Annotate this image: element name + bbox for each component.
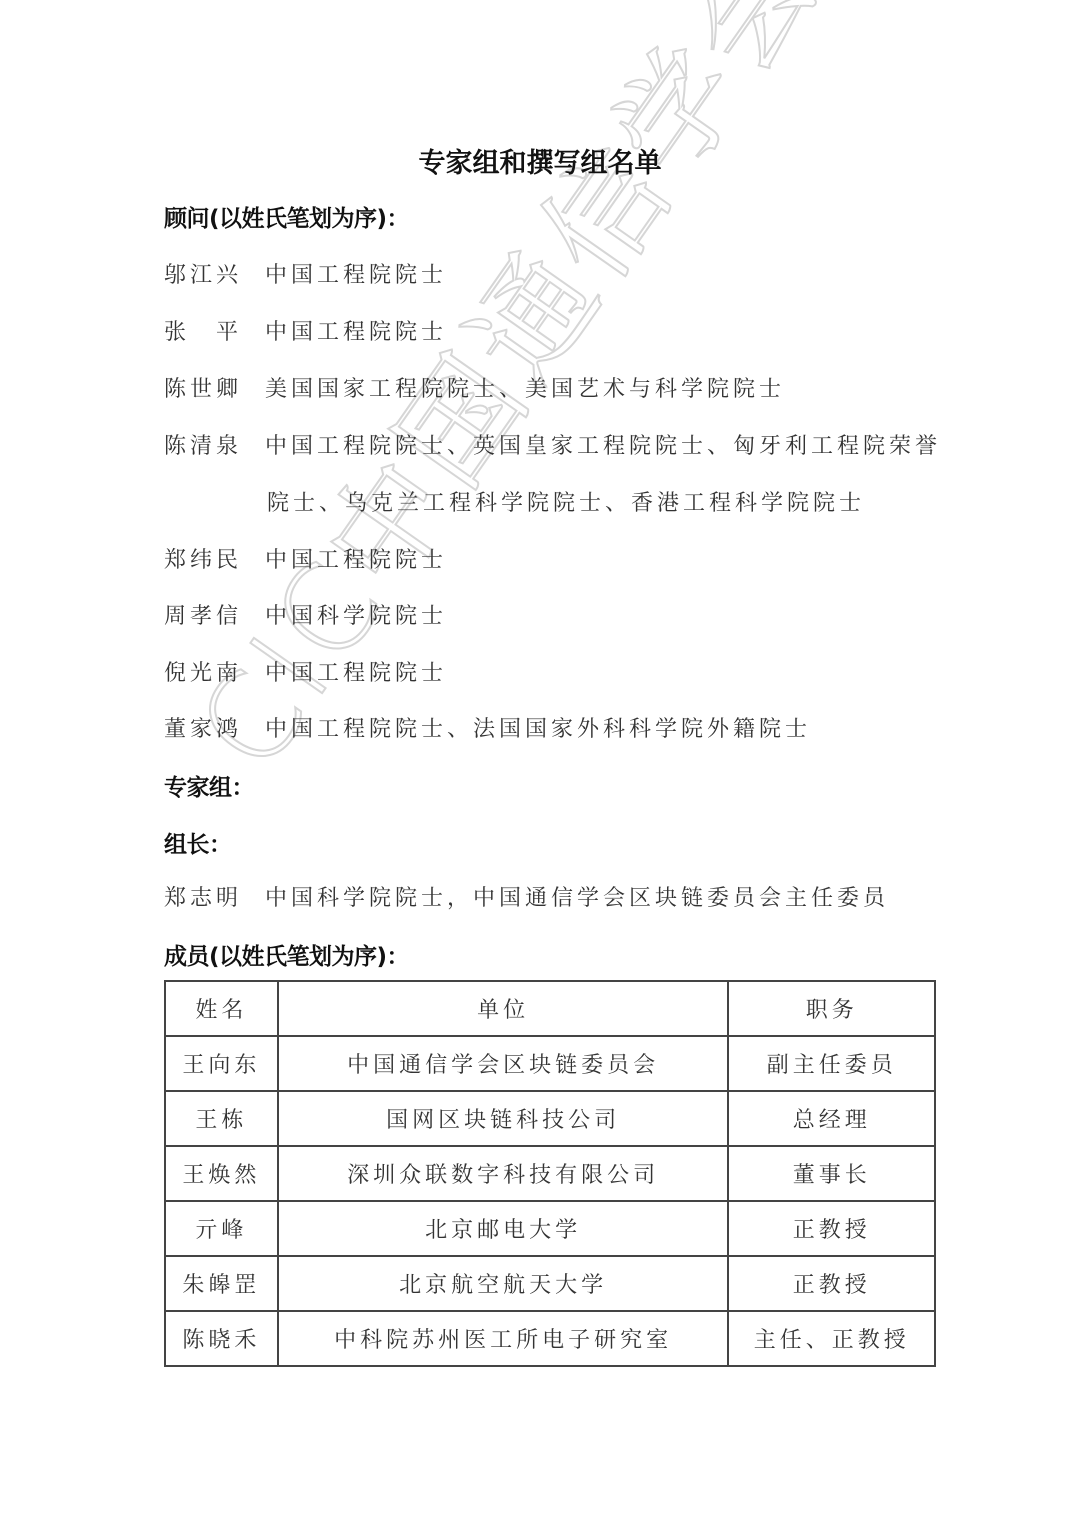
cell-name: 王向东	[165, 1036, 278, 1091]
cell-position: 副主任委员	[728, 1036, 935, 1091]
header-position: 职务	[728, 981, 935, 1036]
cell-position: 董事长	[728, 1146, 935, 1201]
advisor-name: 董家鸿	[164, 712, 254, 743]
cell-unit: 中科院苏州医工所电子研究室	[278, 1311, 729, 1366]
members-heading: 成员(以姓氏笔划为序)：	[164, 938, 409, 971]
advisors-heading: 顾问(以姓氏笔划为序)：	[164, 200, 409, 233]
header-name: 姓名	[165, 981, 278, 1036]
advisor-desc: 中国工程院院士	[265, 263, 447, 288]
cell-unit: 深圳众联数字科技有限公司	[278, 1146, 729, 1201]
cell-name: 王焕然	[165, 1146, 278, 1201]
members-table: 姓名 单位 职务 王向东 中国通信学会区块链委员会 副主任委员 王栋 国网区块链…	[164, 980, 936, 1367]
advisor-desc: 中国科学院院士	[265, 604, 447, 629]
advisor-desc: 中国工程院院士	[265, 661, 447, 686]
advisor-item: 邬江兴 中国工程院院士	[164, 258, 447, 289]
advisor-item: 陈世卿 美国国家工程院院士、美国艺术与科学院院士	[164, 372, 785, 403]
advisor-name: 张 平	[164, 315, 254, 346]
leader-name: 郑志明	[164, 881, 254, 912]
cell-position: 正教授	[728, 1256, 935, 1311]
leader-item: 郑志明 中国科学院院士，中国通信学会区块链委员会主任委员	[164, 881, 889, 912]
cell-name: 陈晓禾	[165, 1311, 278, 1366]
advisor-desc: 中国工程院院士、法国国家外科科学院外籍院士	[265, 717, 811, 742]
cell-name: 朱皞罡	[165, 1256, 278, 1311]
advisor-item: 张 平 中国工程院院士	[164, 315, 447, 346]
table-row: 王焕然 深圳众联数字科技有限公司 董事长	[165, 1146, 935, 1201]
cell-position: 正教授	[728, 1201, 935, 1256]
cell-position: 总经理	[728, 1091, 935, 1146]
advisor-name: 陈清泉	[164, 429, 254, 460]
advisor-item: 陈清泉 中国工程院院士、英国皇家工程院院士、匈牙利工程院荣誉	[164, 429, 941, 460]
cell-position: 主任、正教授	[728, 1311, 935, 1366]
leader-desc: 中国科学院院士，中国通信学会区块链委员会主任委员	[265, 886, 889, 911]
table-row: 王向东 中国通信学会区块链委员会 副主任委员	[165, 1036, 935, 1091]
advisor-item: 董家鸿 中国工程院院士、法国国家外科科学院外籍院士	[164, 712, 811, 743]
cell-unit: 国网区块链科技公司	[278, 1091, 729, 1146]
table-header-row: 姓名 单位 职务	[165, 981, 935, 1036]
advisor-desc: 中国工程院院士	[265, 320, 447, 345]
advisor-desc: 中国工程院院士	[265, 548, 447, 573]
advisor-name: 倪光南	[164, 656, 254, 687]
cell-unit: 北京航空航天大学	[278, 1256, 729, 1311]
advisor-desc-continuation: 院士、乌克兰工程科学院院士、香港工程科学院院士	[267, 486, 865, 517]
cell-unit: 中国通信学会区块链委员会	[278, 1036, 729, 1091]
advisor-name: 周孝信	[164, 599, 254, 630]
expert-group-heading: 专家组：	[164, 769, 254, 802]
advisor-name: 郑纬民	[164, 543, 254, 574]
advisor-desc: 美国国家工程院院士、美国艺术与科学院院士	[265, 377, 785, 402]
advisor-item: 郑纬民 中国工程院院士	[164, 543, 447, 574]
advisor-desc: 中国工程院院士、英国皇家工程院院士、匈牙利工程院荣誉	[265, 434, 941, 459]
cell-name: 亓峰	[165, 1201, 278, 1256]
table-row: 亓峰 北京邮电大学 正教授	[165, 1201, 935, 1256]
advisor-item: 倪光南 中国工程院院士	[164, 656, 447, 687]
table-row: 朱皞罡 北京航空航天大学 正教授	[165, 1256, 935, 1311]
advisor-item: 周孝信 中国科学院院士	[164, 599, 447, 630]
table-row: 陈晓禾 中科院苏州医工所电子研究室 主任、正教授	[165, 1311, 935, 1366]
advisor-name: 邬江兴	[164, 258, 254, 289]
advisor-name: 陈世卿	[164, 372, 254, 403]
header-unit: 单位	[278, 981, 729, 1036]
cell-unit: 北京邮电大学	[278, 1201, 729, 1256]
cell-name: 王栋	[165, 1091, 278, 1146]
leader-heading: 组长：	[164, 826, 232, 859]
table-row: 王栋 国网区块链科技公司 总经理	[165, 1091, 935, 1146]
page-title: 专家组和撰写组名单	[0, 141, 1080, 180]
